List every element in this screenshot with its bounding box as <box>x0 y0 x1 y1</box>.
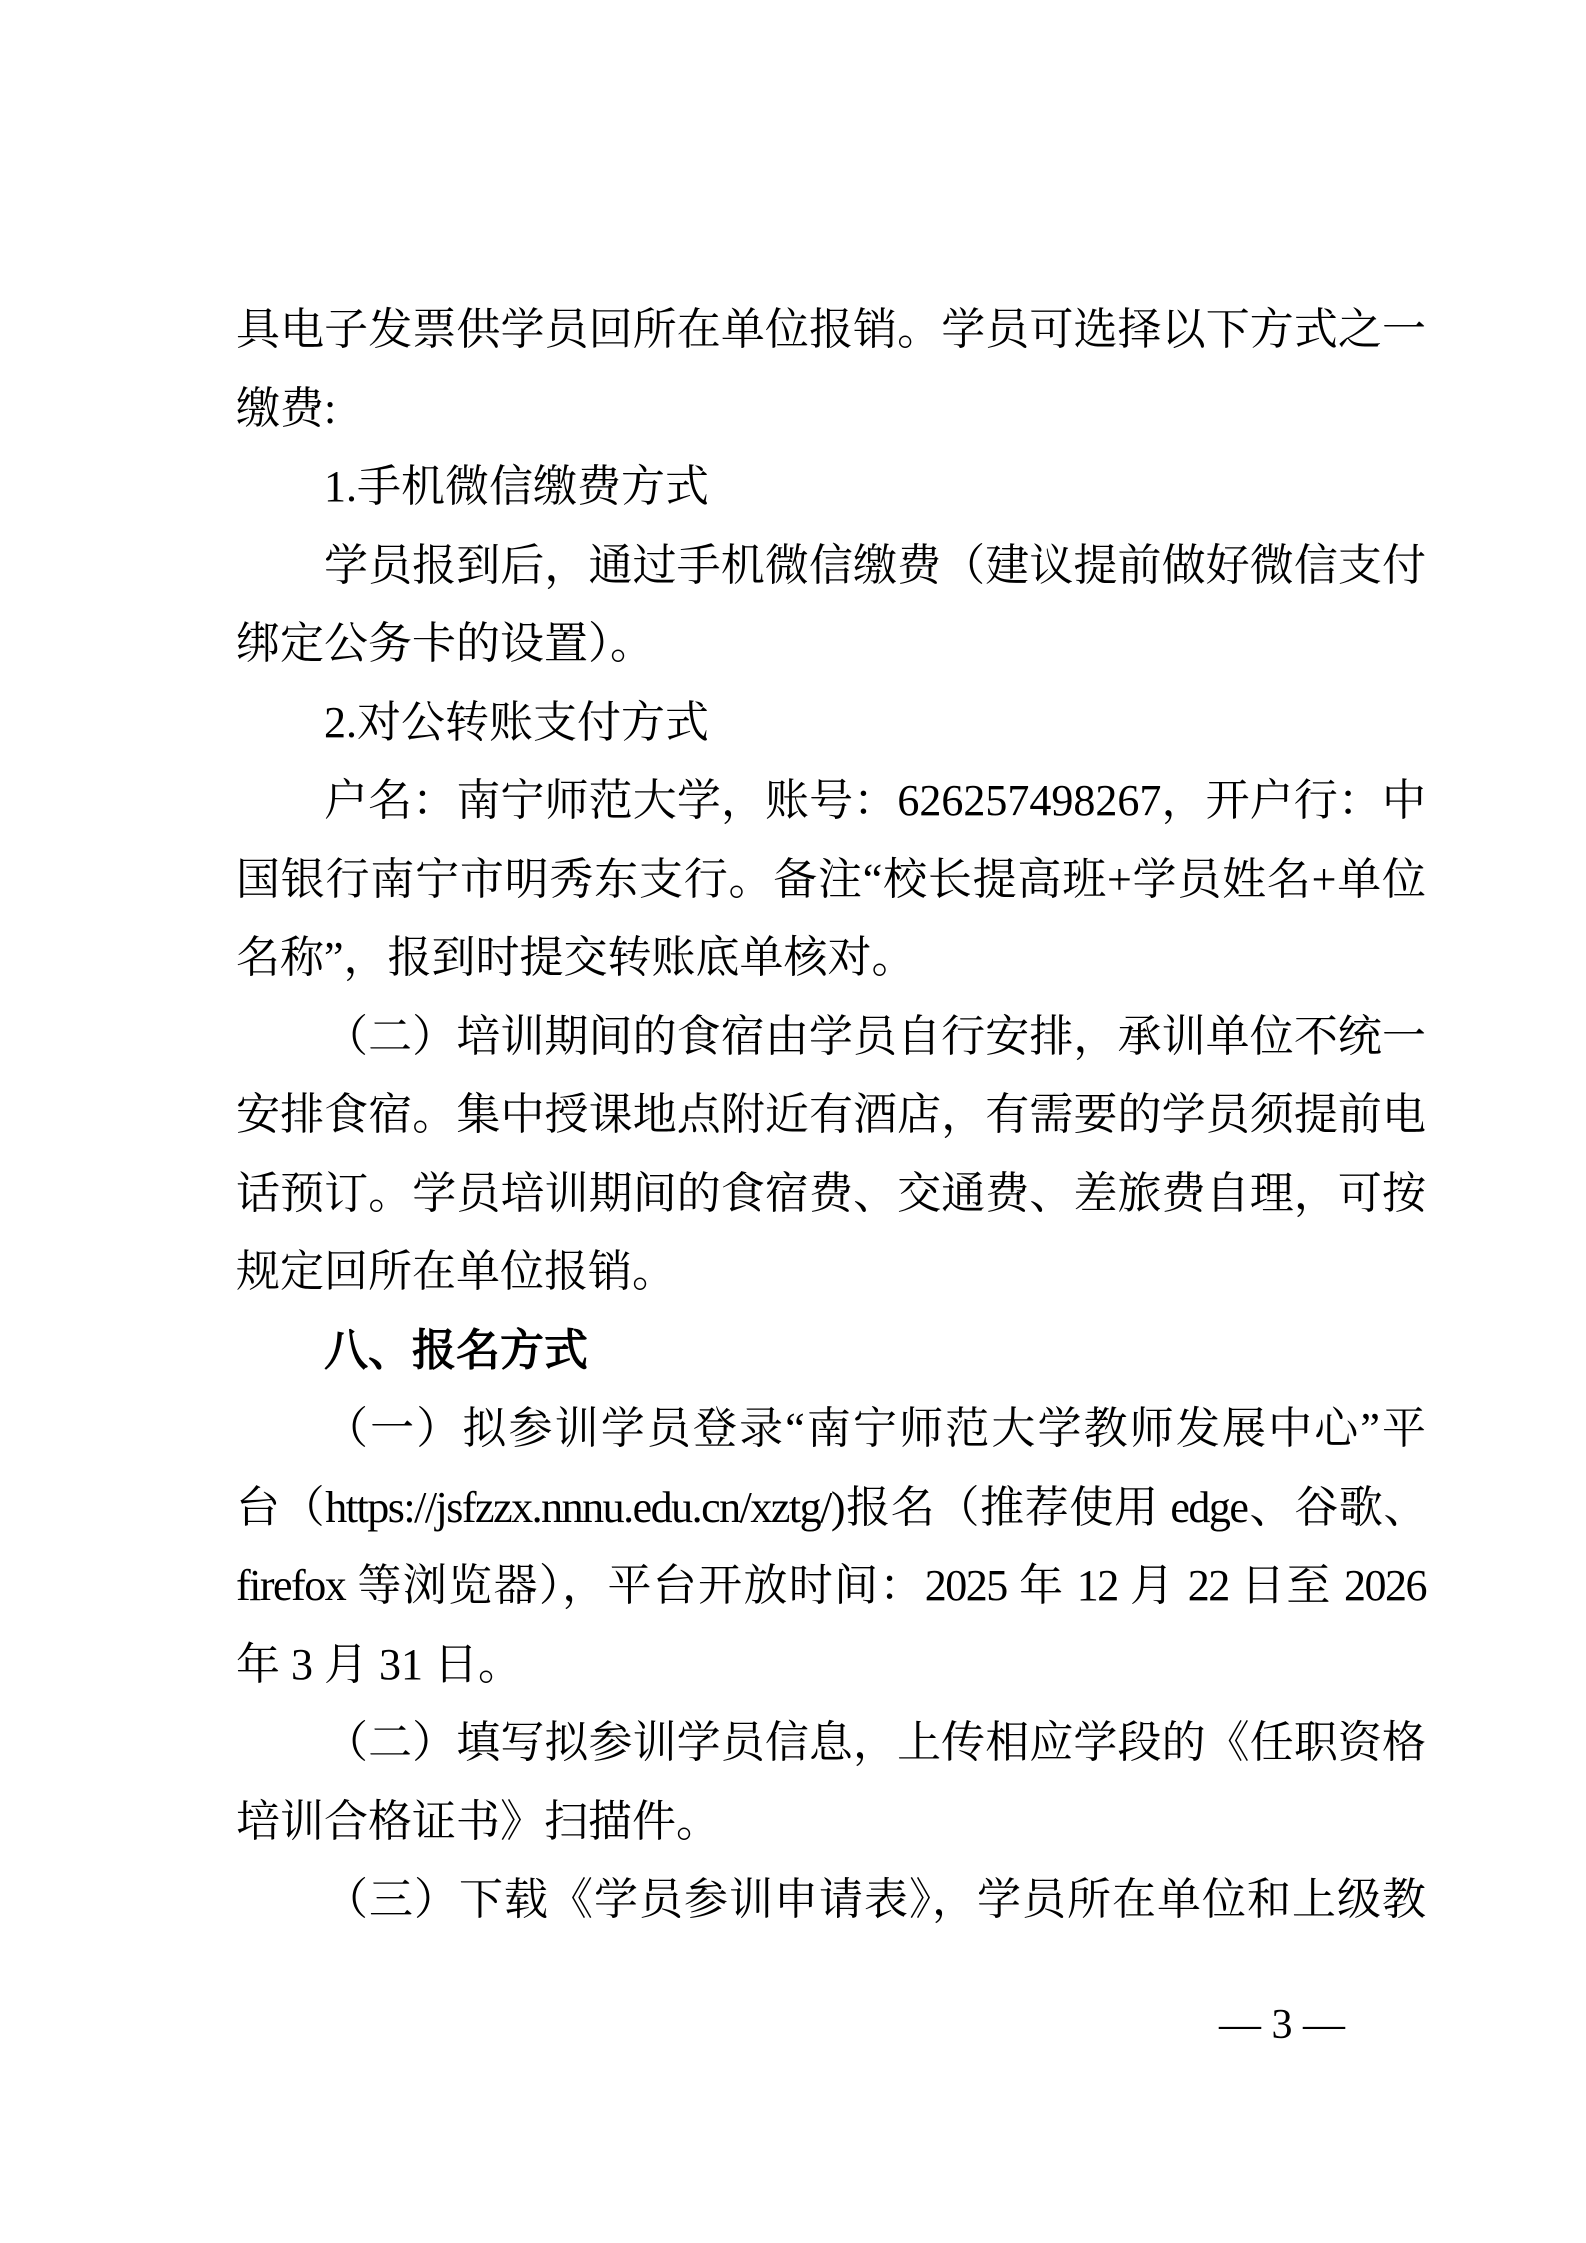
text-line: 台（https://jsfzzx.nnnu.edu.cn/xztg/)报名（推荐… <box>236 1469 1426 1548</box>
text-line: 缴费: <box>236 370 1426 449</box>
text-line: 名称”，报到时提交转账底单核对。 <box>236 919 1426 998</box>
text-line: 户名：南宁师范大学，账号：626257498267，开户行：中 <box>236 762 1426 841</box>
text-line: （二）填写拟参训学员信息，上传相应学段的《任职资格 <box>236 1704 1426 1783</box>
text-line: 1.手机微信缴费方式 <box>236 448 1426 527</box>
page-footer: — 3 — <box>1219 1997 1345 2053</box>
section-heading: 八、报名方式 <box>236 1312 1426 1391</box>
text-line: （一）拟参训学员登录“南宁师范大学教师发展中心”平 <box>236 1390 1426 1469</box>
text-line: 年 3 月 31 日。 <box>236 1626 1426 1705</box>
text-line: 学员报到后，通过手机微信缴费（建议提前做好微信支付 <box>236 527 1426 606</box>
page-number: — 3 — <box>1219 2002 1345 2048</box>
text-line: 具电子发票供学员回所在单位报销。学员可选择以下方式之一 <box>236 291 1426 370</box>
text-line: （三）下载《学员参训申请表》，学员所在单位和上级教 <box>236 1861 1426 1940</box>
text-line: 培训合格证书》扫描件。 <box>236 1783 1426 1862</box>
text-line: 2.对公转账支付方式 <box>236 684 1426 763</box>
text-line: 话预订。学员培训期间的食宿费、交通费、差旅费自理，可按 <box>236 1155 1426 1234</box>
document-body: 具电子发票供学员回所在单位报销。学员可选择以下方式之一缴费:1.手机微信缴费方式… <box>236 291 1426 1940</box>
text-line: 绑定公务卡的设置）。 <box>236 605 1426 684</box>
text-line: 安排食宿。集中授课地点附近有酒店，有需要的学员须提前电 <box>236 1076 1426 1155</box>
text-line: firefox 等浏览器），平台开放时间：2025 年 12 月 22 日至 2… <box>236 1547 1426 1626</box>
document-page: 具电子发票供学员回所在单位报销。学员可选择以下方式之一缴费:1.手机微信缴费方式… <box>0 0 1586 2243</box>
text-line: （二）培训期间的食宿由学员自行安排，承训单位不统一 <box>236 998 1426 1077</box>
text-line: 规定回所在单位报销。 <box>236 1233 1426 1312</box>
text-line: 国银行南宁市明秀东支行。备注“校长提高班+学员姓名+单位 <box>236 841 1426 920</box>
